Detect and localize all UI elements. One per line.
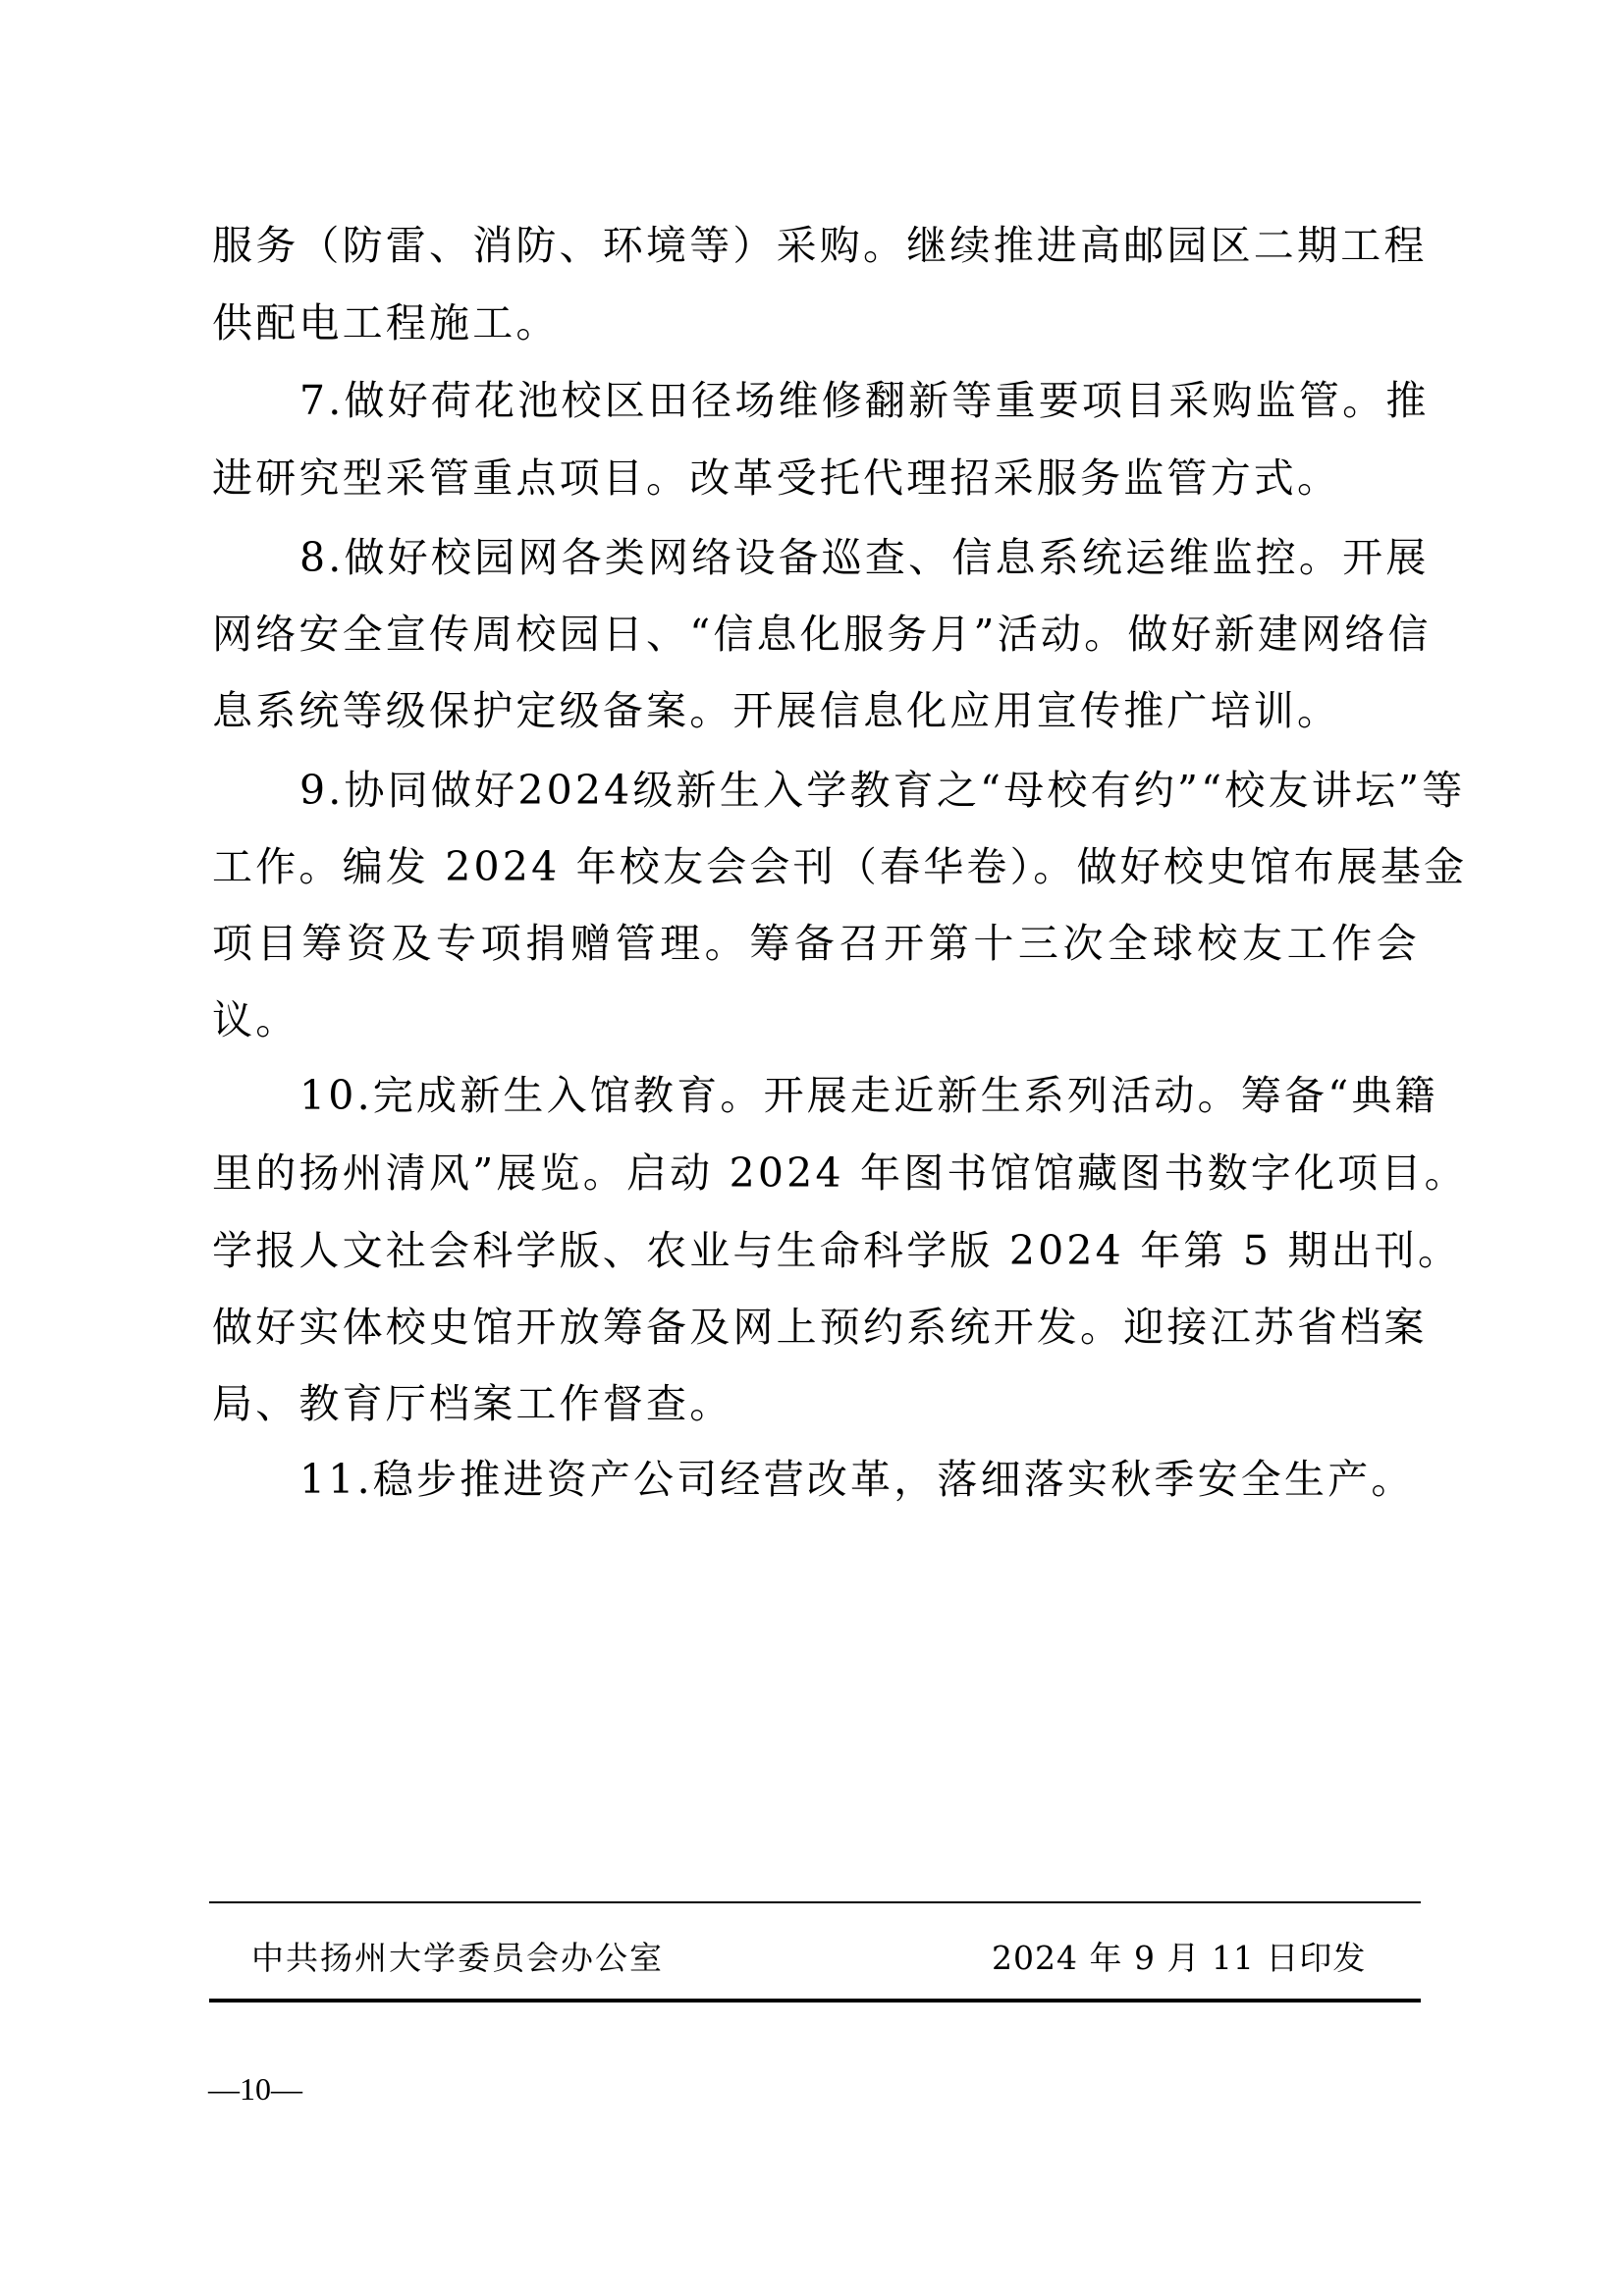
footer-print-date: 2024 年 9 月 11 日印发	[992, 1939, 1366, 1978]
paragraph-10-line-1: 10.完成新生入馆教育。开展走近新生系列活动。筹备“典籍	[299, 1072, 1420, 1119]
paragraph-10-line-2: 里的扬州清风”展览。启动 2024 年图书馆馆藏图书数字化项目。	[212, 1149, 1420, 1197]
footer-issuer: 中共扬州大学委员会办公室	[251, 1939, 664, 1978]
paragraph-9-line-1: 9.协同做好2024级新生入学教育之“母校有约”“校友讲坛”等	[299, 767, 1420, 814]
paragraph-7-line-2: 进研究型采管重点项目。改革受托代理招采服务监管方式。	[212, 454, 1340, 502]
paragraph-8-line-1: 8.做好校园网各类网络设备巡查、信息系统运维监控。开展	[299, 534, 1420, 581]
paragraph-8-line-2: 网络安全宣传周校园日、“信息化服务月”活动。做好新建网络信	[212, 611, 1420, 658]
paragraph-9-line-4: 议。	[212, 996, 298, 1043]
paragraph-10-line-3: 学报人文社会科学版、农业与生命科学版 2024 年第 5 期出刊。	[212, 1227, 1420, 1274]
footer-bottom-rule	[209, 1999, 1421, 2002]
paragraph-10-line-5: 局、教育厅档案工作督查。	[212, 1380, 732, 1427]
paragraph-6-line-2: 供配电工程施工。	[212, 299, 560, 347]
paragraph-10-line-4: 做好实体校史馆开放筹备及网上预约系统开发。迎接江苏省档案	[212, 1304, 1420, 1351]
paragraph-9-line-2: 工作。编发 2024 年校友会会刊（春华卷）。做好校史馆布展基金	[212, 843, 1420, 890]
paragraph-11-line-1: 11.稳步推进资产公司经营改革，落细落实秋季安全生产。	[299, 1456, 1415, 1503]
footer-top-rule	[209, 1901, 1421, 1903]
document-page: 服务（防雷、消防、环境等）采购。继续推进高邮园区二期工程 供配电工程施工。 7.…	[0, 0, 1624, 2296]
paragraph-6-line-1: 服务（防雷、消防、环境等）采购。继续推进高邮园区二期工程	[212, 222, 1420, 269]
paragraph-9-line-3: 项目筹资及专项捐赠管理。筹备召开第十三次全球校友工作会	[212, 920, 1420, 967]
paragraph-7-line-1: 7.做好荷花池校区田径场维修翻新等重要项目采购监管。推	[299, 377, 1420, 424]
paragraph-8-line-3: 息系统等级保护定级备案。开展信息化应用宣传推广培训。	[212, 687, 1340, 734]
page-number: —10—	[208, 2069, 302, 2109]
